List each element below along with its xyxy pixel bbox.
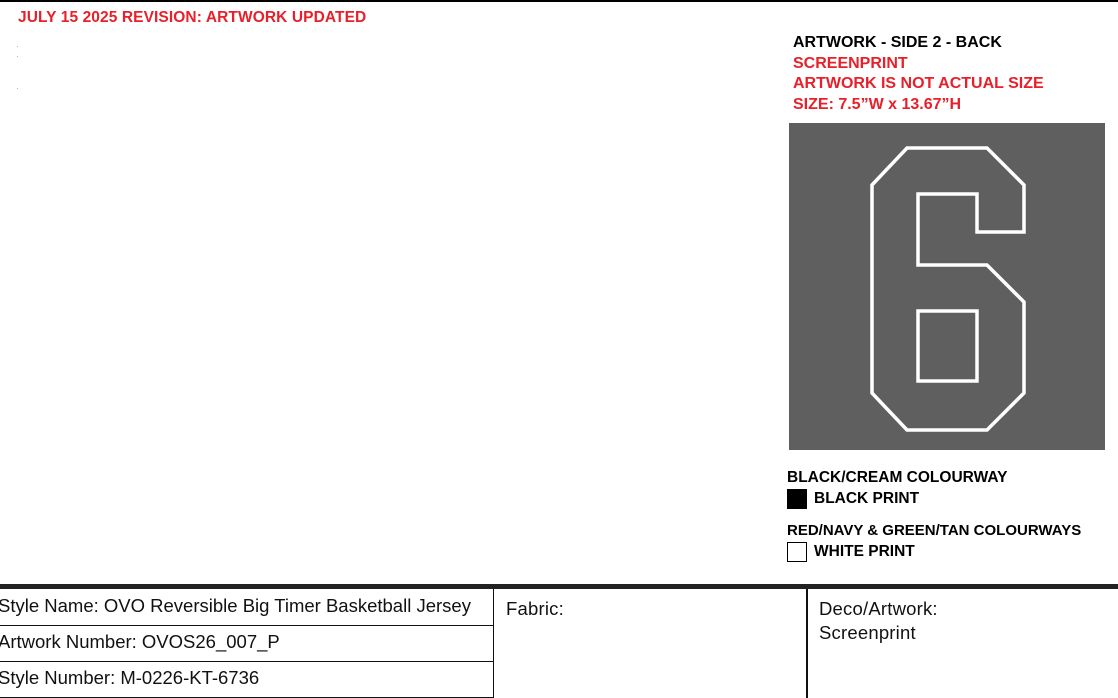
- style-number-row: Style Number: M-0226-KT-6736: [0, 662, 494, 698]
- deco-label: Deco/Artwork:: [819, 597, 938, 621]
- top-border: [0, 0, 1118, 2]
- fabric-field: Fabric:: [506, 598, 564, 620]
- stray-mark: [17, 46, 18, 47]
- print-method: SCREENPRINT: [793, 54, 1044, 75]
- number-six-outline-icon: [789, 123, 1105, 450]
- deco-value: Screenprint: [819, 621, 938, 645]
- spec-table: Style Name: OVO Reversible Big Timer Bas…: [0, 589, 494, 698]
- artwork-title: ARTWORK - SIDE 2 - BACK: [793, 33, 1044, 54]
- colourway-name: RED/NAVY & GREEN/TAN COLOURWAYS: [787, 521, 1081, 541]
- white-swatch-icon: [787, 542, 807, 562]
- deco-artwork-field: Deco/Artwork: Screenprint: [819, 597, 938, 645]
- black-swatch-icon: [787, 489, 807, 509]
- artwork-number-row: Artwork Number: OVOS26_007_P: [0, 626, 494, 662]
- stray-mark: [17, 88, 18, 89]
- artwork-preview: [789, 123, 1105, 450]
- size-disclaimer: ARTWORK IS NOT ACTUAL SIZE: [793, 74, 1044, 95]
- revision-note: JULY 15 2025 REVISION: ARTWORK UPDATED: [18, 9, 366, 27]
- colourway-name: BLACK/CREAM COLOURWAY: [787, 467, 1007, 488]
- print-colour: WHITE PRINT: [814, 543, 915, 561]
- fabric-label: Fabric:: [506, 598, 564, 620]
- artwork-size: SIZE: 7.5”W x 13.67”H: [793, 95, 1044, 116]
- colourway-group-1: BLACK/CREAM COLOURWAY BLACK PRINT: [787, 467, 1007, 510]
- print-colour: BLACK PRINT: [814, 490, 919, 508]
- colourway-group-2: RED/NAVY & GREEN/TAN COLOURWAYS WHITE PR…: [787, 521, 1081, 563]
- artwork-header: ARTWORK - SIDE 2 - BACK SCREENPRINT ARTW…: [793, 33, 1044, 115]
- column-divider: [806, 589, 808, 698]
- style-name-row: Style Name: OVO Reversible Big Timer Bas…: [0, 589, 494, 626]
- stray-mark: [17, 56, 18, 57]
